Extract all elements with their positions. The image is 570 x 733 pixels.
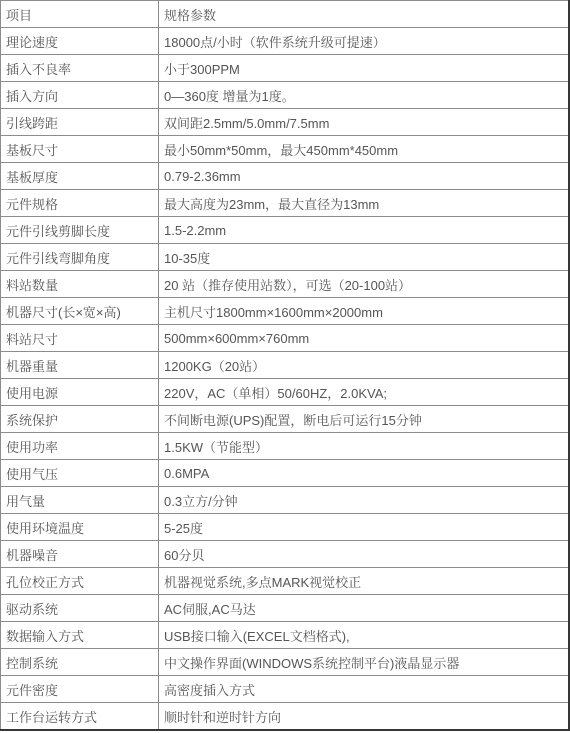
spec-cell: 顺时针和逆时针方向 [159,703,570,731]
spec-cell: 1200KG（20站） [159,352,570,379]
table-row: 孔位校正方式机器视觉系统,多点MARK视觉校正 [1,568,570,595]
spec-cell: 20 站（推存使用站数），可选（20-100站） [159,271,570,298]
item-cell: 基板厚度 [1,163,159,190]
table-row: 元件规格最大高度为23mm，最大直径为13mm [1,190,570,217]
table-row: 使用气压0.6MPA [1,460,570,487]
spec-cell: 10-35度 [159,244,570,271]
spec-cell: 220V，AC（单相）50/60HZ，2.0KVA; [159,379,570,406]
table-row: 使用环境温度5-25度 [1,514,570,541]
item-cell: 驱动系统 [1,595,159,622]
item-cell: 料站尺寸 [1,325,159,352]
spec-cell: 机器视觉系统,多点MARK视觉校正 [159,568,570,595]
spec-cell: 主机尺寸1800mm×1600mm×2000mm [159,298,570,325]
item-cell: 插入方向 [1,82,159,109]
item-cell: 基板尺寸 [1,136,159,163]
spec-cell: 0.79-2.36mm [159,163,570,190]
spec-table: 项目 规格参数 理论速度18000点/小时（软件系统升级可提速）插入不良率小于3… [0,0,570,731]
item-cell: 元件密度 [1,676,159,703]
item-cell: 机器重量 [1,352,159,379]
table-row: 元件密度高密度插入方式 [1,676,570,703]
spec-cell: 最大高度为23mm，最大直径为13mm [159,190,570,217]
table-row: 料站数量20 站（推存使用站数），可选（20-100站） [1,271,570,298]
spec-cell: 1.5KW（节能型） [159,433,570,460]
item-cell: 工作台运转方式 [1,703,159,731]
item-cell: 使用电源 [1,379,159,406]
item-cell: 使用功率 [1,433,159,460]
table-row: 元件引线剪脚长度1.5-2.2mm [1,217,570,244]
item-cell: 数据输入方式 [1,622,159,649]
table-row: 用气量0.3立方/分钟 [1,487,570,514]
item-cell: 控制系统 [1,649,159,676]
spec-cell: 最小50mm*50mm，最大450mm*450mm [159,136,570,163]
table-row: 控制系统中文操作界面(WINDOWS系统控制平台)液晶显示器 [1,649,570,676]
item-column-header: 项目 [1,1,159,28]
item-cell: 引线跨距 [1,109,159,136]
item-cell: 使用气压 [1,460,159,487]
spec-cell: 0.3立方/分钟 [159,487,570,514]
table-row: 驱动系统AC伺服,AC马达 [1,595,570,622]
table-row: 基板尺寸最小50mm*50mm，最大450mm*450mm [1,136,570,163]
table-row: 插入不良率小于300PPM [1,55,570,82]
item-cell: 使用环境温度 [1,514,159,541]
table-row: 料站尺寸500mm×600mm×760mm [1,325,570,352]
spec-cell: 高密度插入方式 [159,676,570,703]
table-row: 机器重量1200KG（20站） [1,352,570,379]
item-cell: 料站数量 [1,271,159,298]
item-cell: 用气量 [1,487,159,514]
spec-cell: 0—360度 增量为1度。 [159,82,570,109]
item-cell: 系统保护 [1,406,159,433]
table-row: 机器尺寸(长×宽×高)主机尺寸1800mm×1600mm×2000mm [1,298,570,325]
item-cell: 机器噪音 [1,541,159,568]
item-cell: 孔位校正方式 [1,568,159,595]
table-row: 理论速度18000点/小时（软件系统升级可提速） [1,28,570,55]
item-cell: 元件引线剪脚长度 [1,217,159,244]
spec-cell: AC伺服,AC马达 [159,595,570,622]
spec-cell: 60分贝 [159,541,570,568]
item-cell: 元件规格 [1,190,159,217]
item-cell: 元件引线弯脚角度 [1,244,159,271]
table-row: 机器噪音60分贝 [1,541,570,568]
table-row: 基板厚度0.79-2.36mm [1,163,570,190]
spec-cell: 0.6MPA [159,460,570,487]
spec-cell: 中文操作界面(WINDOWS系统控制平台)液晶显示器 [159,649,570,676]
item-cell: 理论速度 [1,28,159,55]
spec-cell: 不间断电源(UPS)配置，断电后可运行15分钟 [159,406,570,433]
table-row: 系统保护不间断电源(UPS)配置，断电后可运行15分钟 [1,406,570,433]
table-row: 工作台运转方式顺时针和逆时针方向 [1,703,570,731]
table-row: 数据输入方式USB接口输入(EXCEL文档格式), [1,622,570,649]
item-cell: 插入不良率 [1,55,159,82]
item-cell: 机器尺寸(长×宽×高) [1,298,159,325]
spec-cell: 18000点/小时（软件系统升级可提速） [159,28,570,55]
table-row: 插入方向0—360度 增量为1度。 [1,82,570,109]
table-row: 引线跨距双间距2.5mm/5.0mm/7.5mm [1,109,570,136]
table-header-row: 项目 规格参数 [1,1,570,28]
spec-cell: 5-25度 [159,514,570,541]
spec-cell: 双间距2.5mm/5.0mm/7.5mm [159,109,570,136]
spec-cell: 小于300PPM [159,55,570,82]
table-row: 使用功率1.5KW（节能型） [1,433,570,460]
spec-cell: 1.5-2.2mm [159,217,570,244]
table-row: 元件引线弯脚角度10-35度 [1,244,570,271]
spec-cell: 500mm×600mm×760mm [159,325,570,352]
spec-cell: USB接口输入(EXCEL文档格式), [159,622,570,649]
spec-column-header: 规格参数 [159,1,570,28]
table-row: 使用电源220V，AC（单相）50/60HZ，2.0KVA; [1,379,570,406]
